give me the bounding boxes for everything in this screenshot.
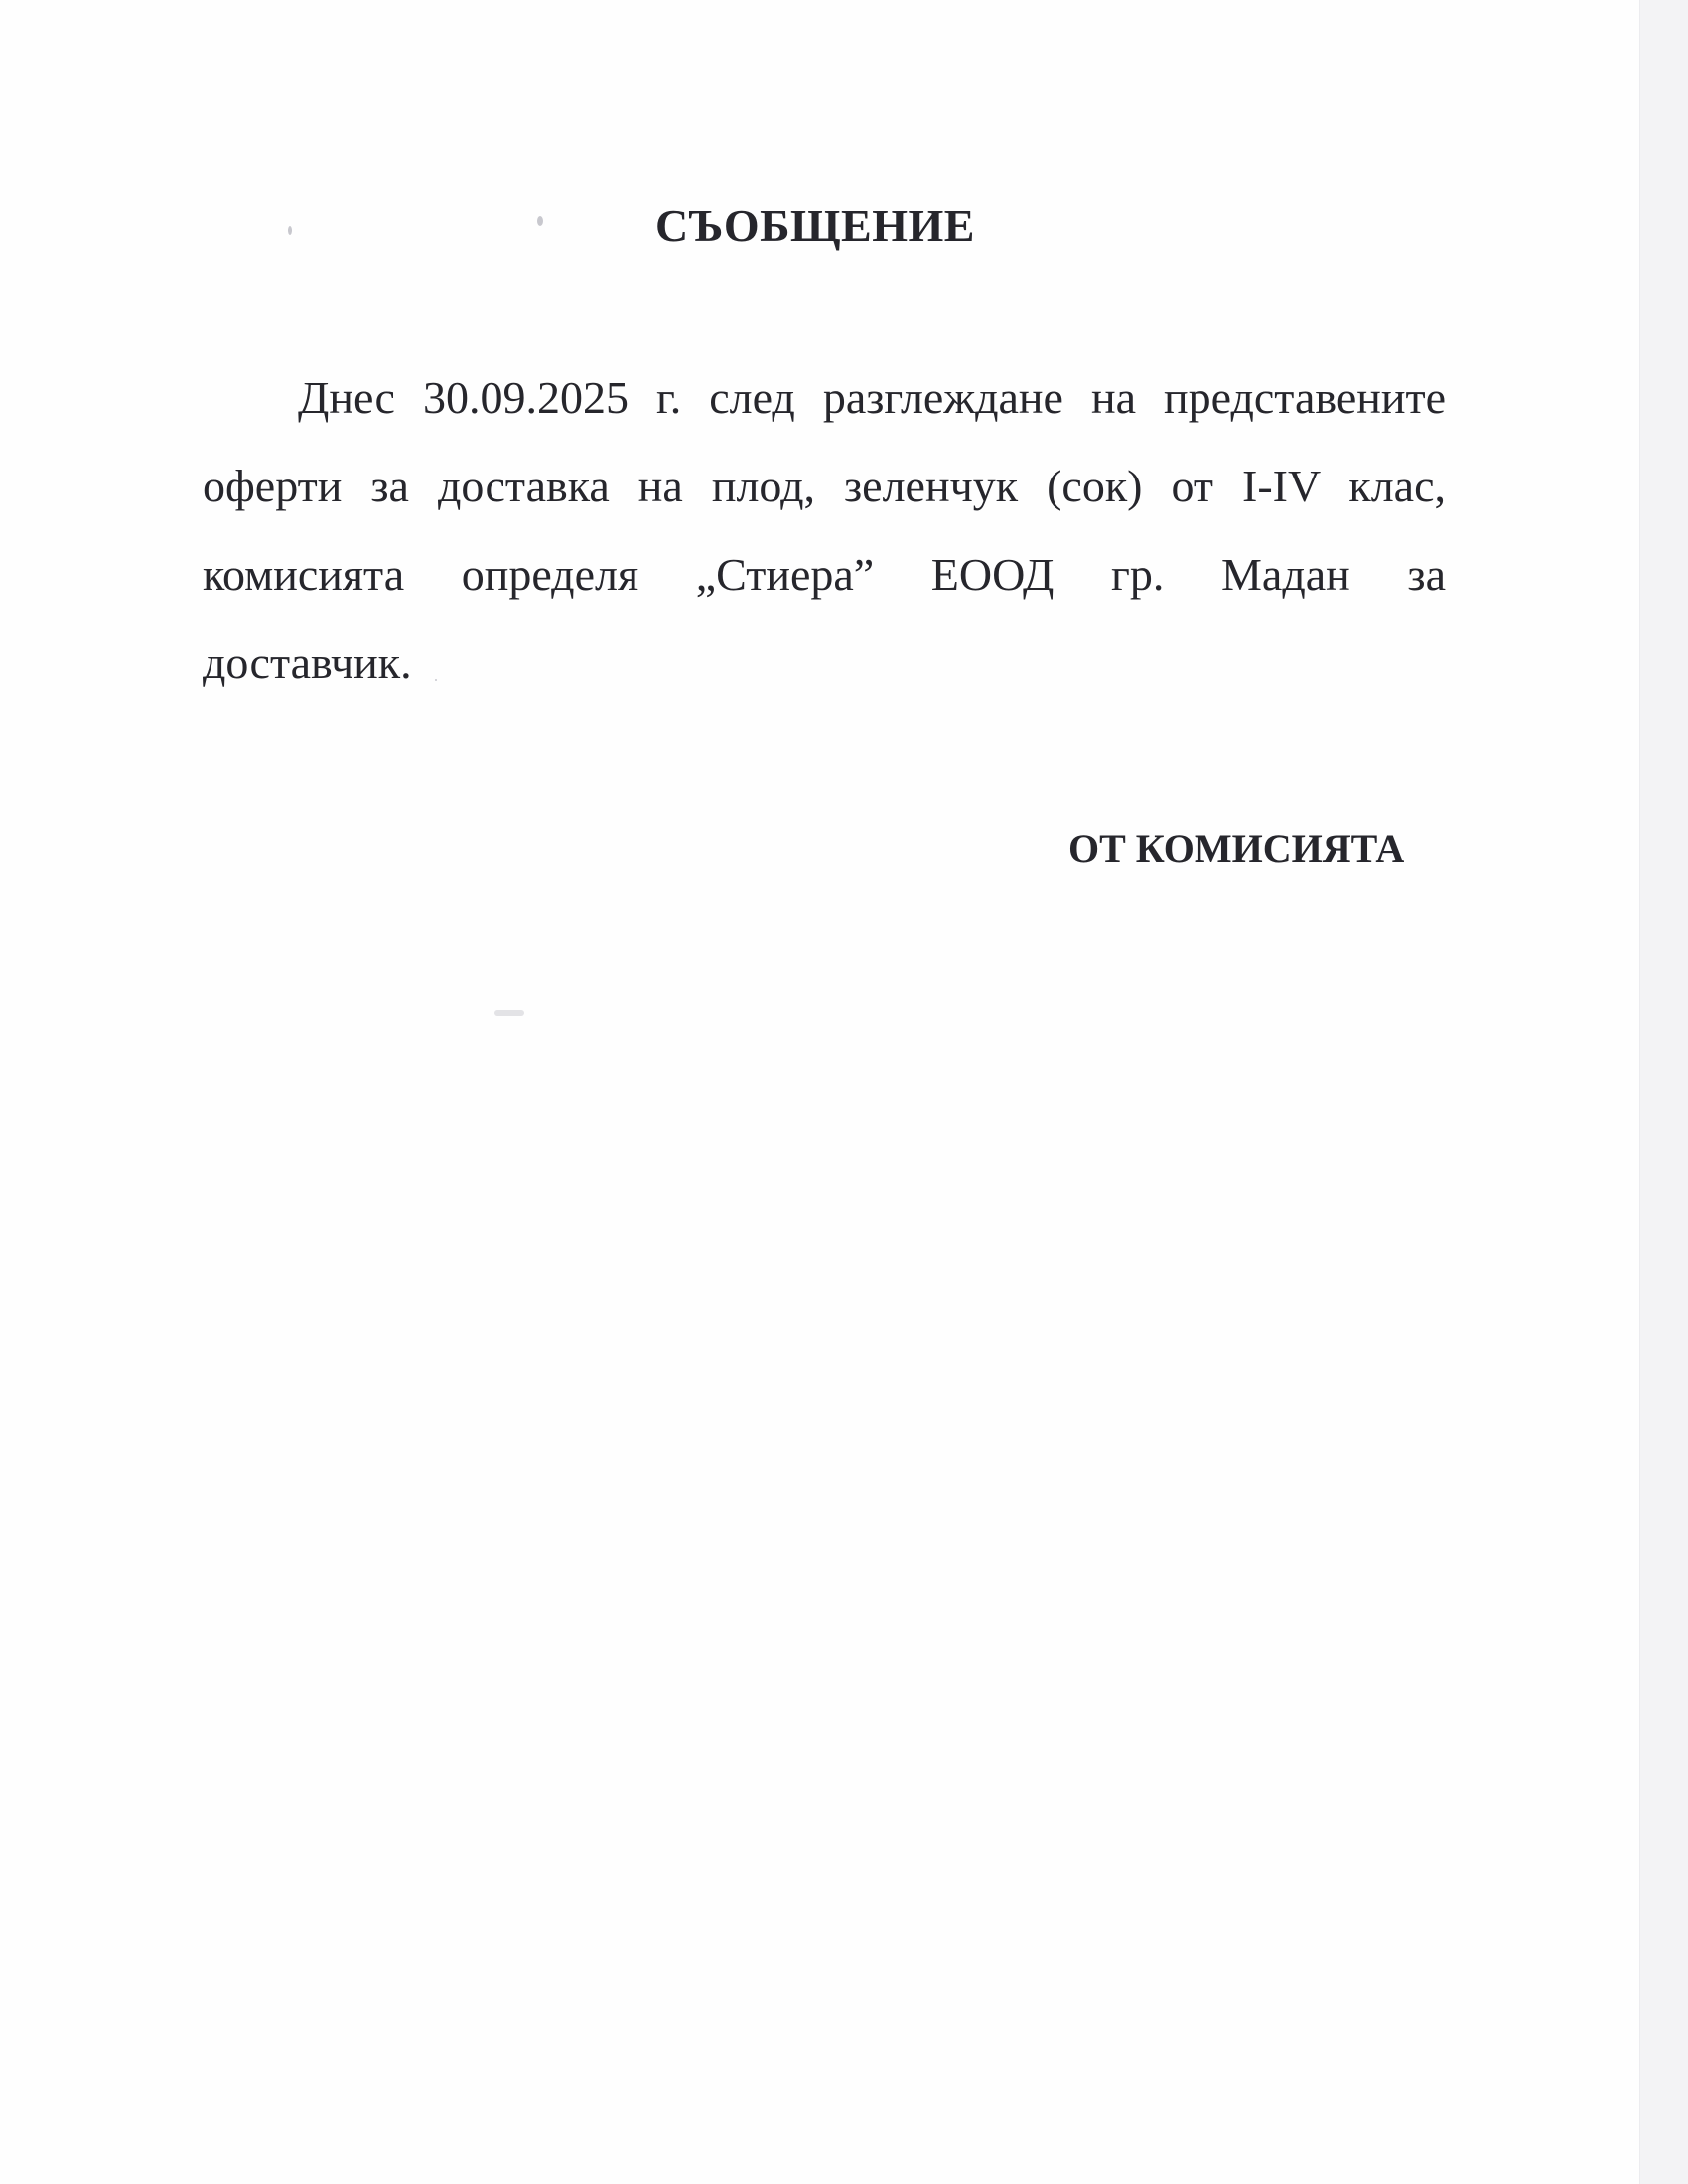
scan-speck xyxy=(537,216,543,226)
announcement-paragraph: Днес 30.09.2025 г. след разглеждане на п… xyxy=(203,353,1446,707)
scan-speck xyxy=(435,679,437,681)
scan-speck xyxy=(494,1010,524,1016)
scan-speck xyxy=(288,226,292,235)
paragraph-line-4: доставчик. xyxy=(203,618,1446,707)
title-text: СЪОБЩЕНИЕ xyxy=(655,201,975,251)
scan-edge xyxy=(1639,0,1688,2184)
signature-line: ОТ КОМИСИЯТА xyxy=(1068,824,1404,874)
paragraph-line-2: оферти за доставка на плод, зеленчук (со… xyxy=(203,442,1446,530)
paragraph-line-3: комисията определя „Стиера” ЕООД гр. Мад… xyxy=(203,530,1446,618)
document-title: СЪОБЩЕНИЕ xyxy=(0,199,1638,254)
paragraph-line-1: Днес 30.09.2025 г. след разглеждане на п… xyxy=(203,353,1446,442)
scanned-page: СЪОБЩЕНИЕ Днес 30.09.2025 г. след разгле… xyxy=(0,0,1639,2184)
